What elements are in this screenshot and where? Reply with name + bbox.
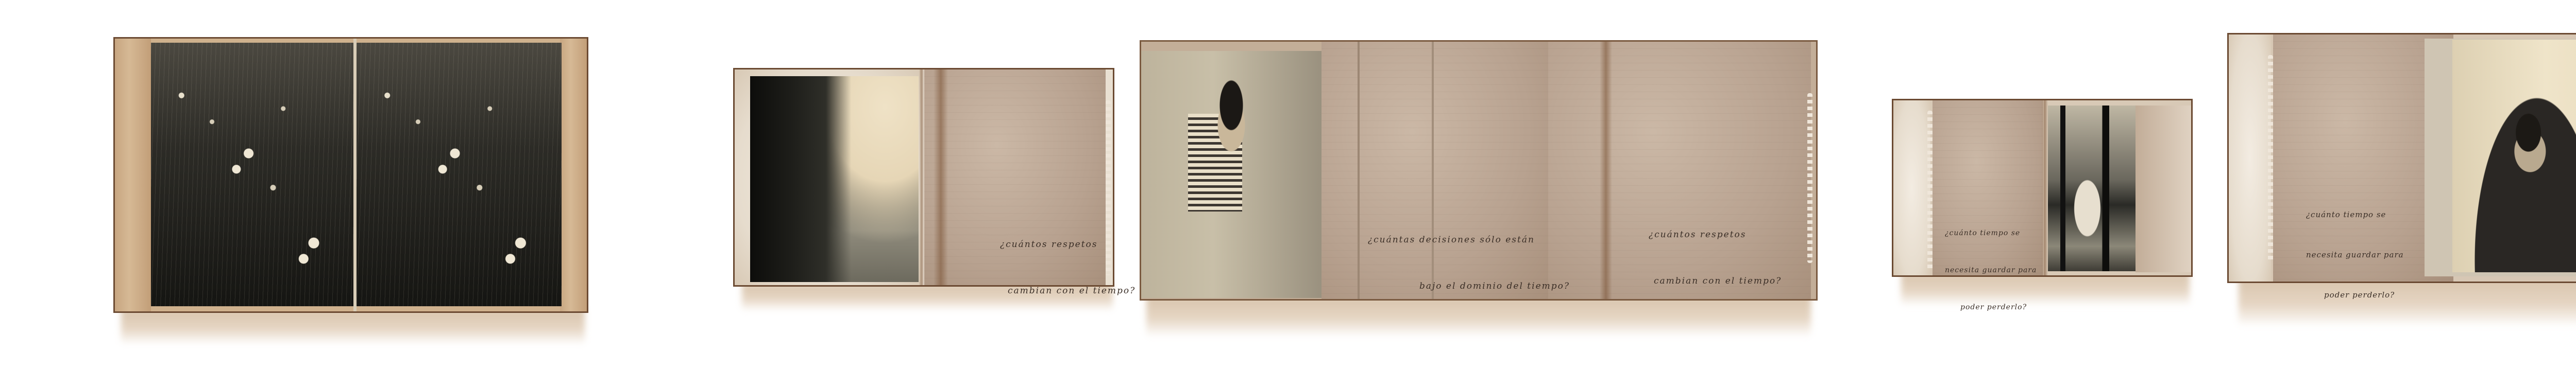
- book-4-handwriting: ¿cuánto tiempo se necesita guardar para …: [1945, 202, 2037, 338]
- book-5-photo: [2452, 40, 2576, 272]
- book-1-shadow: [121, 309, 585, 345]
- book-3-handwriting-right: ¿cuántos respetos cambian con el tiempo?: [1649, 196, 1782, 320]
- book-1-photo-right: [357, 43, 562, 306]
- book-3-spine: [1600, 42, 1612, 299]
- book-4-perforation: [1927, 111, 1933, 270]
- book-3-perforation: [1807, 93, 1812, 263]
- book-3-photo: [1141, 51, 1321, 298]
- book-5-handwriting-left: ¿cuánto tiempo se necesita guardar para …: [2306, 181, 2404, 328]
- book-5-shadow: [2239, 278, 2576, 327]
- book-4-right-flap: [2136, 106, 2191, 272]
- book-2-spine: [919, 69, 924, 285]
- book-5: ¿cuánto tiempo se necesita guardar para …: [2227, 33, 2576, 283]
- book-1: [113, 37, 588, 313]
- book-5-perforation: [2268, 55, 2273, 261]
- book-4-spine: [2042, 100, 2048, 275]
- book-3: ¿cuántas decisiones sólo están bajo el d…: [1140, 40, 1818, 301]
- book-4-photo: [2048, 106, 2136, 271]
- book-1-left-cover: [115, 39, 151, 311]
- book-1-right-cover: [560, 39, 587, 311]
- book-3-fold-1: [1358, 42, 1360, 299]
- book-2: ¿cuántos respetos cambian con el tiempo?: [733, 68, 1114, 287]
- book-3-handwriting-left: ¿cuántas decisiones sólo están bajo el d…: [1368, 201, 1570, 325]
- book-5-left-edge: [2229, 34, 2271, 282]
- book-1-photo-left: [151, 43, 354, 306]
- book-4-shadow: [1901, 273, 2190, 306]
- book-4-left-edge: [1893, 100, 1930, 275]
- book-2-stain: [934, 69, 948, 285]
- book-4: ¿cuánto tiempo se necesita guardar para …: [1892, 99, 2193, 277]
- book-2-handwriting: ¿cuántos respetos cambian con el tiempo?: [1000, 206, 1136, 329]
- book-2-photo: [750, 76, 919, 282]
